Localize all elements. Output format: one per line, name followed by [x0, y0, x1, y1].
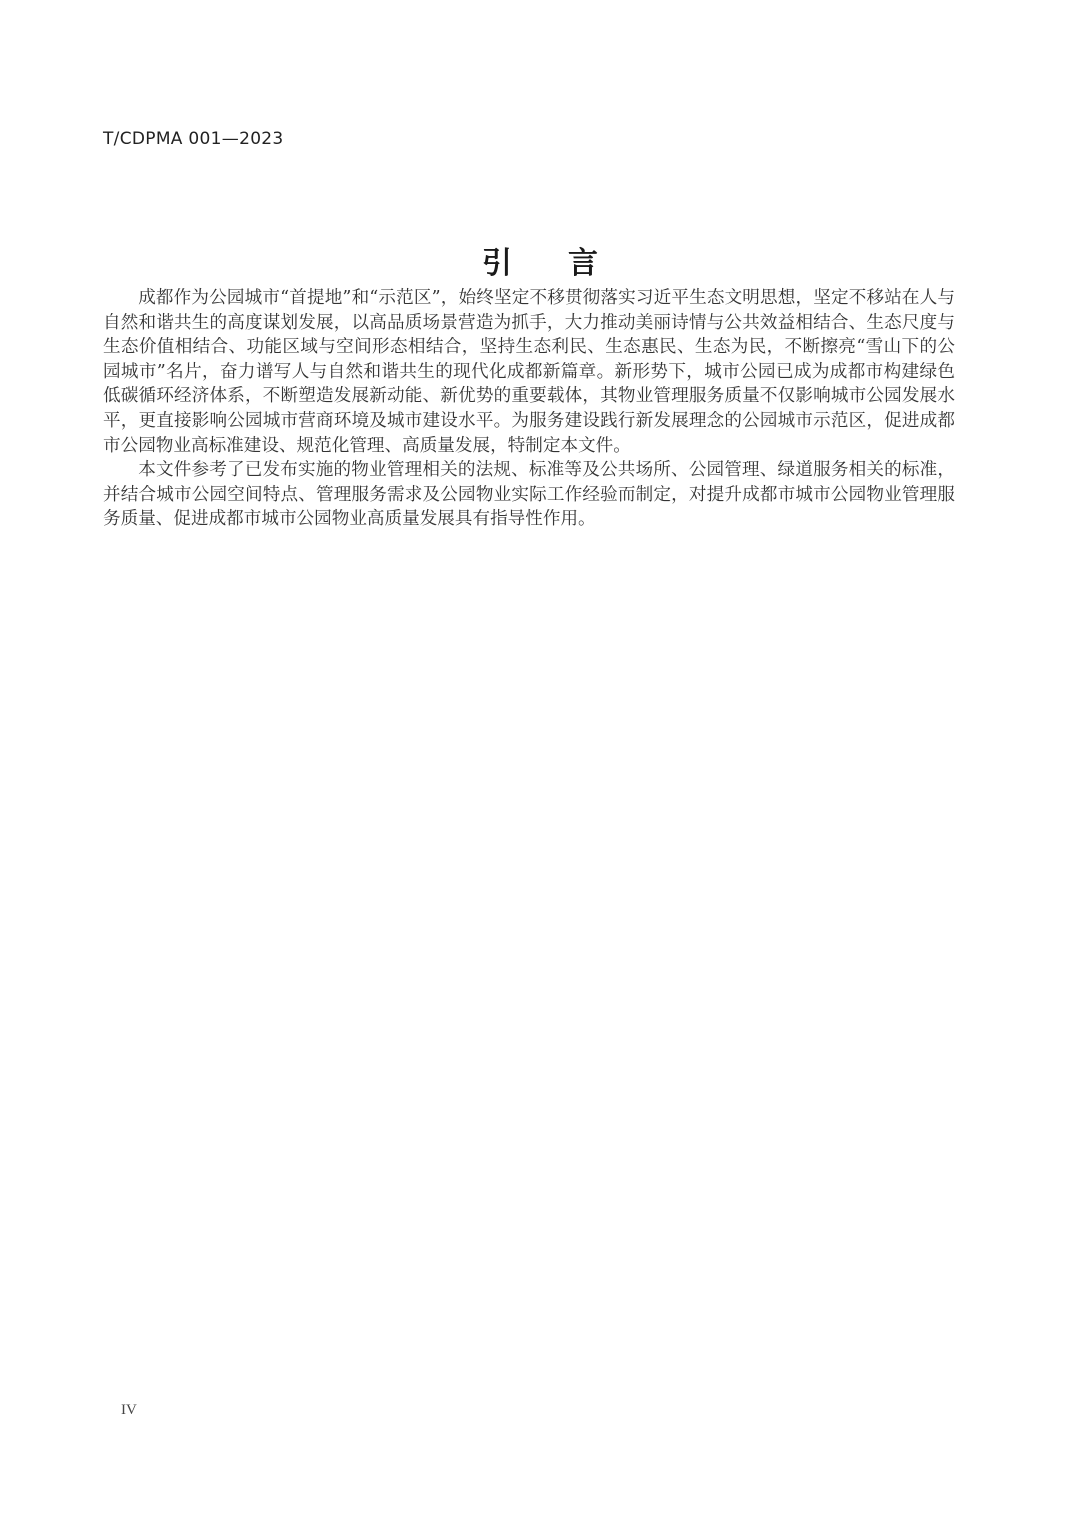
- paragraph: 成都作为公园城市“首提地”和“示范区”，始终坚定不移贯彻落实习近平生态文明思想，…: [103, 286, 955, 458]
- document-code: T/CDPMA 001—2023: [103, 129, 284, 149]
- page-number: IV: [121, 1402, 137, 1419]
- section-title: 引言: [0, 238, 1080, 282]
- paragraph: 本文件参考了已发布实施的物业管理相关的法规、标准等及公共场所、公园管理、绿道服务…: [103, 458, 955, 532]
- introduction-body: 成都作为公园城市“首提地”和“示范区”，始终坚定不移贯彻落实习近平生态文明思想，…: [103, 286, 955, 532]
